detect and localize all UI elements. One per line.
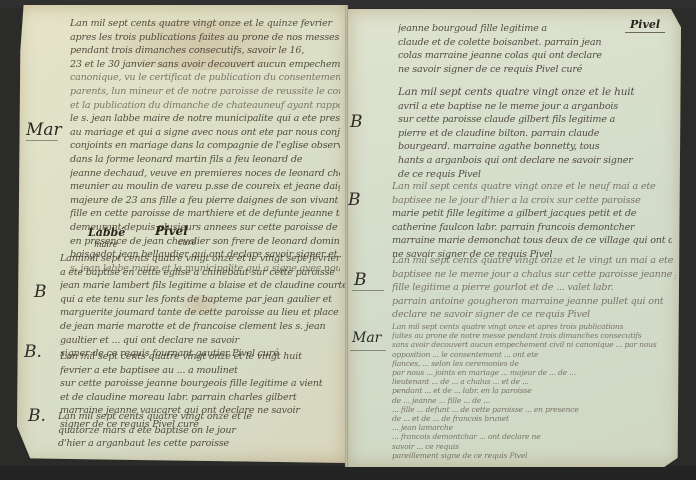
text-line: de jean marie marotte et de francoise cl…	[60, 320, 345, 334]
text-line: canonique, vu le certificat de publicati…	[70, 71, 340, 85]
text-line: ... fille ... defunt ... de cette parois…	[392, 405, 676, 414]
right-entry-3: Lan mil sept cents quatre vingt onze et …	[392, 180, 672, 262]
signature-title: curé	[178, 238, 196, 247]
text-line: parents, lun mineur et de notre paroisse…	[70, 85, 340, 99]
text-line: pendant ... et de ... labr. en la parois…	[392, 386, 676, 395]
margin-note-baptism: B	[350, 112, 363, 132]
text-line: jean marie lambert fils legitime a blais…	[60, 279, 345, 293]
margin-note-marriage: Mar	[352, 330, 381, 346]
text-line: a ete baptise en cette eglise a chinebau…	[60, 266, 345, 280]
text-line: jeanne bourgoud fille legitime a	[398, 22, 668, 36]
margin-note-baptism: B	[348, 190, 361, 210]
text-line: de ... et de ... de francois brunet	[392, 414, 676, 423]
text-line: dans la forme leonard martin fils a feu …	[70, 153, 340, 167]
text-line: quatorze mars a ete baptise on le jour	[58, 424, 343, 438]
margin-note-baptism: B	[34, 282, 47, 302]
text-line: marraine marie demonchat tous deux de ce…	[392, 234, 672, 248]
text-line: jeanne dechaud, veuve en premieres noces…	[70, 167, 340, 181]
signature-title: maire	[94, 240, 117, 249]
text-line: Lan mil sept cents quatre vingt onze et …	[398, 86, 668, 100]
margin-note-marriage: Mar	[26, 120, 62, 140]
text-line: pierre et de claudine bilton. parrain cl…	[398, 127, 668, 141]
right-entry-5: Lan mil sept cents quatre vingt onze et …	[392, 322, 676, 460]
text-line: majeure de 23 ans fille a feu pierre dai…	[70, 194, 340, 208]
text-line: colas marraine jeanne colas qui ont decl…	[398, 49, 668, 63]
text-line: Lan mil sept cents quatre vingt onze et …	[392, 322, 676, 331]
text-line: parrain antoine gougheron marraine jeann…	[392, 295, 676, 309]
text-line: opposition ... le consentement ... ont e…	[392, 350, 676, 359]
text-line: au mariage et qui a signe avec nous ont …	[70, 126, 340, 140]
text-line: Lan mil sept cents quatre vingt onze et …	[58, 410, 343, 424]
text-line: hants a arganbois qui ont declare ne sav…	[398, 154, 668, 168]
scan-bottom-border	[0, 466, 696, 480]
text-line: baptisee ne le jour d'hier a la croix su…	[392, 194, 672, 208]
margin-underline	[350, 350, 386, 351]
left-entry-2: Lannmil sept cents quatre vingt onze et …	[60, 252, 345, 361]
margin-note-baptism: B	[354, 270, 367, 290]
text-line: fille legitime a pierre gourlot et de ..…	[392, 281, 676, 295]
signature-labbe: Labbé	[88, 226, 125, 239]
book-spine	[345, 5, 348, 467]
text-line: marguerite joumard tante de cette parois…	[60, 306, 345, 320]
text-line: Lan mil sept cents quatre vingt onze et …	[392, 254, 676, 268]
text-line: marie petit fille legitime a gilbert jac…	[392, 207, 672, 221]
text-line: Lan mil sept cents quatre vingt onze et …	[70, 17, 340, 31]
text-line: fille en cette paroisse de marthiere et …	[70, 207, 340, 221]
text-line: 23 et le 30 janvier sans avoir decouvert…	[70, 58, 340, 72]
text-line: qui a ete tenu sur les fonts de bapteme …	[60, 293, 345, 307]
margin-underline	[26, 140, 58, 141]
text-line: gaultier et ... qui ont declare ne savoi…	[60, 334, 345, 348]
text-line: sur cette paroisse claude gilbert fils l…	[398, 113, 668, 127]
signature-pivel: Pivel	[155, 224, 188, 238]
text-line: Lan mil sept cents quatre vingt onze et …	[392, 180, 672, 194]
text-line: fiances, ... selon les ceremonies de	[392, 359, 676, 368]
text-line: ... jean lamarche	[392, 423, 676, 432]
text-line: pareillement signe de ce requis Pivel	[392, 451, 676, 460]
right-entry-4: Lan mil sept cents quatre vingt onze et …	[392, 254, 676, 322]
text-line: faites au prone de notre messe pendant t…	[392, 331, 676, 340]
text-line: ne savoir signer de ce requis Pivel curé	[398, 63, 668, 77]
text-line: par nous ... joints en mariage ... majeu…	[392, 368, 676, 377]
text-line: declare ne savoir signer de ce requis Pi…	[392, 308, 676, 322]
text-line: baptisee ne le meme jour a chalus sur ce…	[392, 268, 676, 282]
text-line: claude et de colette boisanbet. parrain …	[398, 36, 668, 50]
text-line: fevrier a ete baptisee au ... a moulinet	[60, 364, 345, 378]
text-line: ... francois demontchar ... ont declare …	[392, 432, 676, 441]
text-line: meunier au moulin de vareu p.sse de cour…	[70, 180, 340, 194]
text-line: catherine faulcon labr. parrain francois…	[392, 221, 672, 235]
left-entry-4: Lan mil sept cents quatre vingt onze et …	[58, 410, 343, 451]
text-line: sans avoir decouvert aucun empechement c…	[392, 340, 676, 349]
right-entry-1: jeanne bourgoud fille legitime a claude …	[398, 22, 668, 76]
text-line: avril a ete baptise ne le meme jour a ar…	[398, 100, 668, 114]
text-line: Lannmil sept cents quatre vingt onze et …	[60, 252, 345, 266]
margin-note-baptism: B.	[28, 406, 46, 426]
text-line: savoir ... ce requis	[392, 442, 676, 451]
text-line: sur cette paroisse jeanne bourgeois fill…	[60, 377, 345, 391]
text-line: conjoints en mariage dans la compagnie d…	[70, 139, 340, 153]
right-entry-2: Lan mil sept cents quatre vingt onze et …	[398, 86, 668, 181]
text-line: apres les trois publications faites au p…	[70, 31, 340, 45]
text-line: de ... jeanne ... fille ... de ...	[392, 396, 676, 405]
margin-underline	[352, 290, 384, 291]
text-line: lieutenant ... de ... a chalus ... et de…	[392, 377, 676, 386]
text-line: et la publication du dimanche de chateau…	[70, 99, 340, 113]
text-line: pendant trois dimanches consecutifs, sav…	[70, 44, 340, 58]
text-line: bourgeard. marraine agathe bonnetty, tou…	[398, 140, 668, 154]
text-line: le s. jean labbe maire de notre municipa…	[70, 112, 340, 126]
text-line: et de claudine moreau labr. parrain char…	[60, 391, 345, 405]
text-line: d'hier a arganbaut les cette paroisse	[58, 437, 343, 451]
margin-note-baptism: B.	[24, 342, 42, 362]
text-line: Lan mil sept cents quatre vingt onze et …	[60, 350, 345, 364]
